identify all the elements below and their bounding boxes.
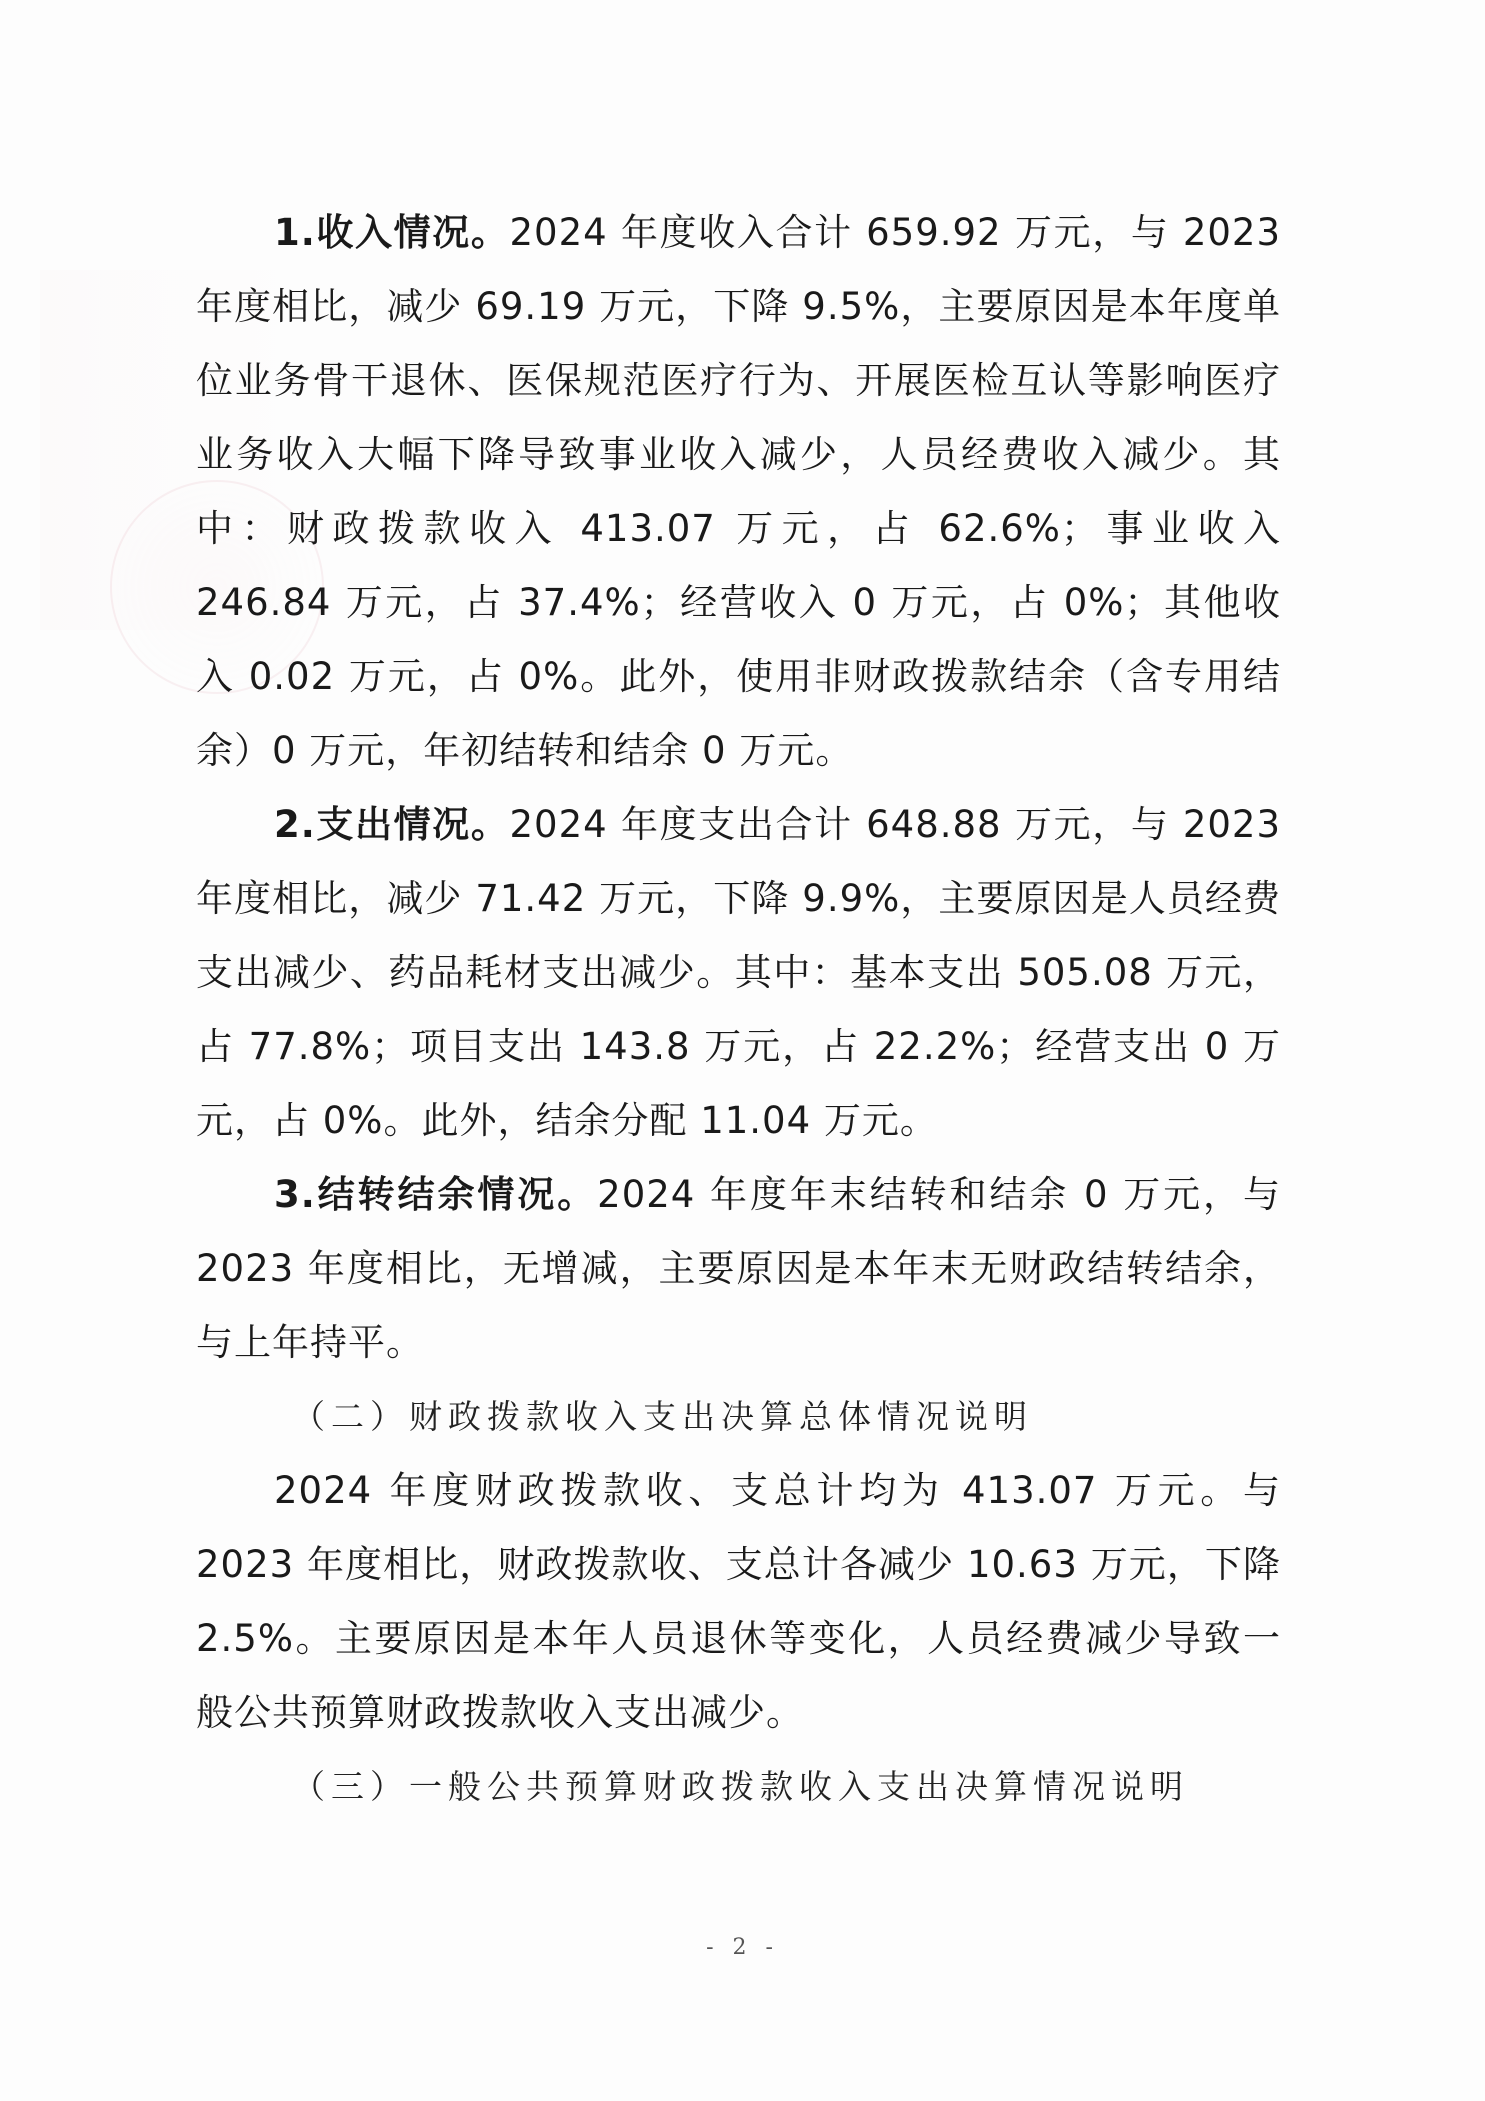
carryover-paragraph: 3.结转结余情况。2024 年度年末结转和结余 0 万元，与 2023 年度相比… <box>196 1158 1281 1380</box>
income-heading: 1.收入情况。 <box>274 211 510 254</box>
expenditure-text: 2024 年度支出合计 648.88 万元，与 2023 年度相比，减少 71.… <box>196 803 1281 1142</box>
document-page: 1.收入情况。2024 年度收入合计 659.92 万元，与 2023 年度相比… <box>0 0 1485 2101</box>
page-number: - 2 - <box>0 1935 1485 1960</box>
section-heading-general-budget: （三）一般公共预算财政拨款收入支出决算情况说明 <box>196 1750 1281 1824</box>
document-body: 1.收入情况。2024 年度收入合计 659.92 万元，与 2023 年度相比… <box>196 196 1281 1824</box>
income-paragraph: 1.收入情况。2024 年度收入合计 659.92 万元，与 2023 年度相比… <box>196 196 1281 788</box>
expenditure-heading: 2.支出情况。 <box>274 803 510 846</box>
fiscal-overall-text: 2024 年度财政拨款收、支总计均为 413.07 万元。与 2023 年度相比… <box>196 1469 1281 1734</box>
section-heading-fiscal-overall: （二）财政拨款收入支出决算总体情况说明 <box>196 1380 1281 1454</box>
carryover-heading: 3.结转结余情况。 <box>274 1173 597 1216</box>
expenditure-paragraph: 2.支出情况。2024 年度支出合计 648.88 万元，与 2023 年度相比… <box>196 788 1281 1158</box>
fiscal-overall-paragraph: 2024 年度财政拨款收、支总计均为 413.07 万元。与 2023 年度相比… <box>196 1454 1281 1750</box>
income-text: 2024 年度收入合计 659.92 万元，与 2023 年度相比，减少 69.… <box>196 211 1281 772</box>
